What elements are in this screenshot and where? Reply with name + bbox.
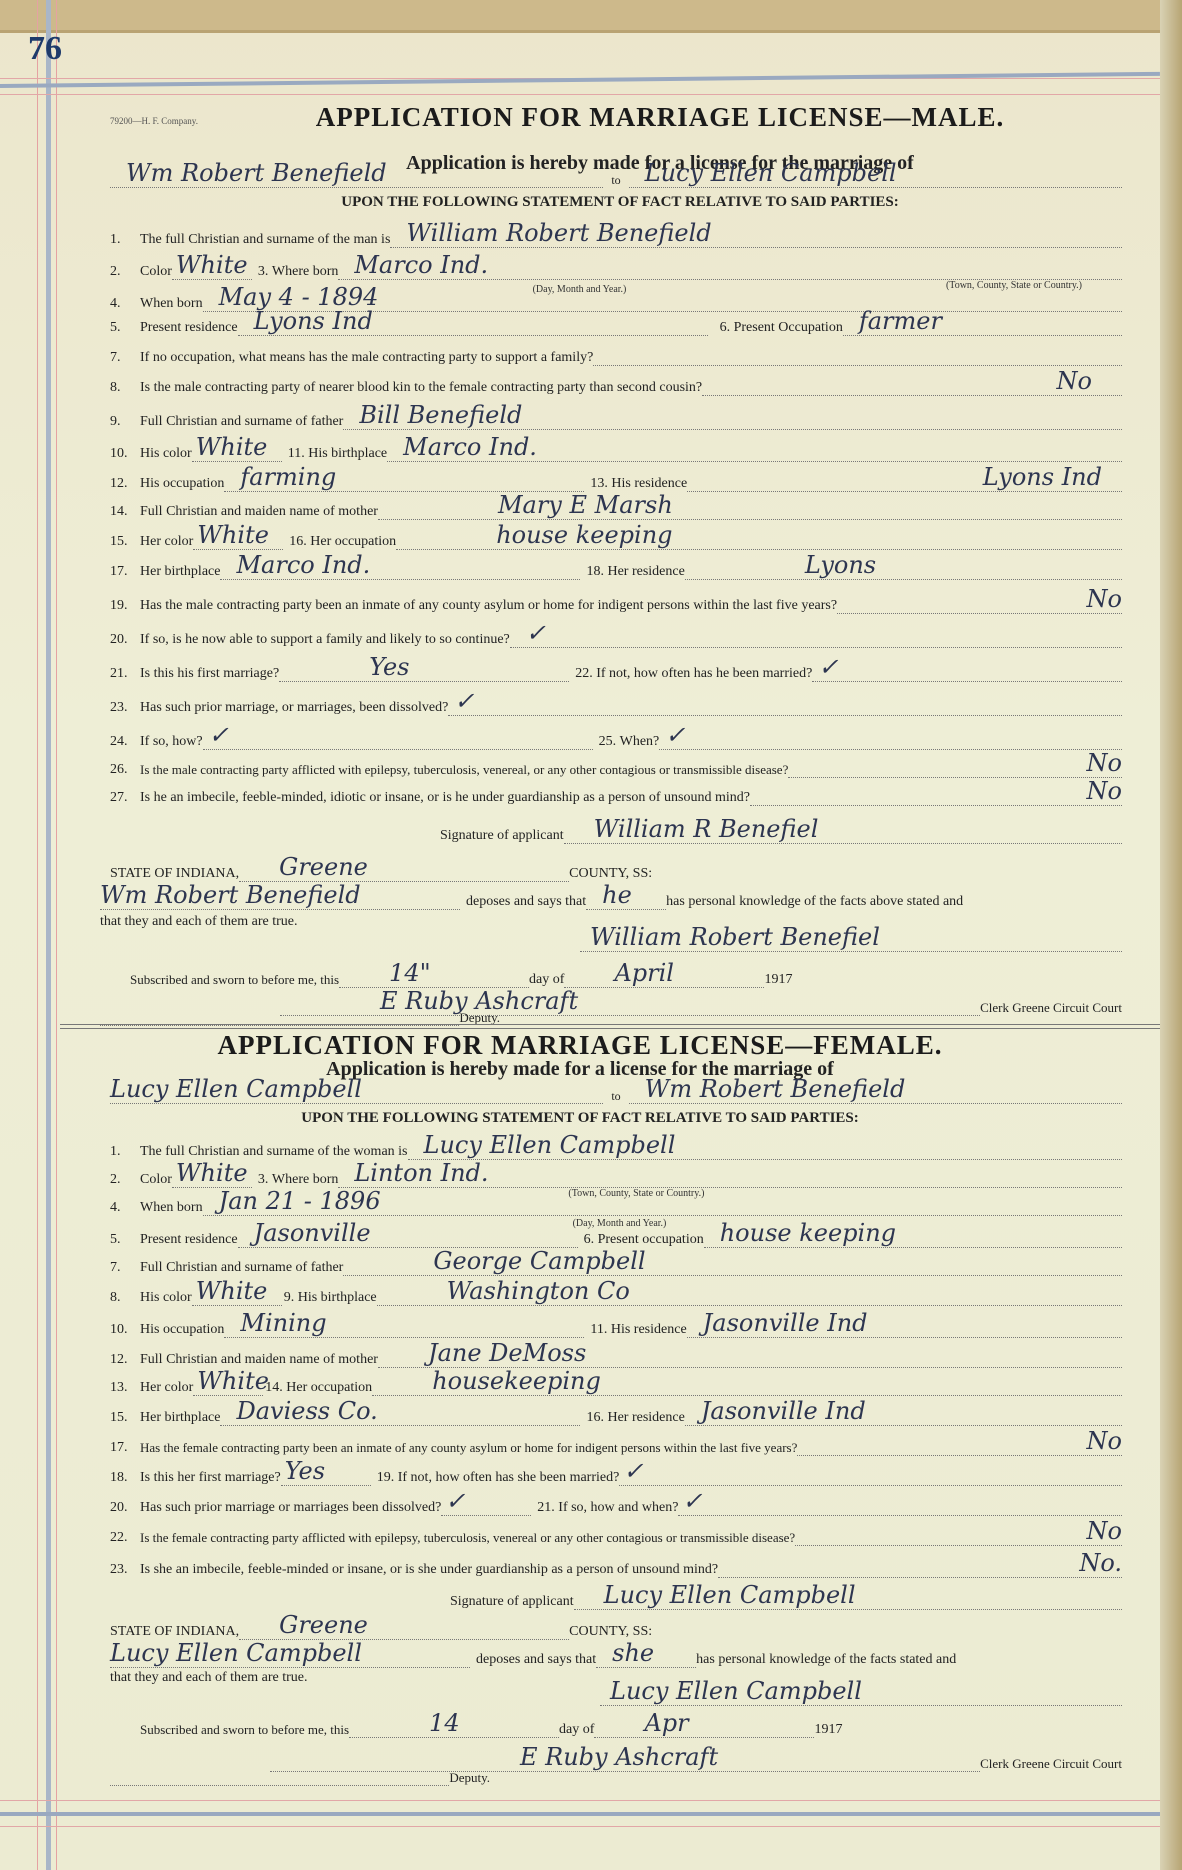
male-q5-q6: 5.Present residenceLyons Ind6. Present O… <box>110 310 1122 336</box>
margin-rule <box>37 0 38 1870</box>
male-q21-q22: 21.Is this his first marriage?Yes22. If … <box>110 656 1122 682</box>
female-oath-state: STATE OF INDIANA,GreeneCOUNTY, SS: <box>110 1614 1122 1640</box>
male-q19: 19.Has the male contracting party been a… <box>110 588 1122 614</box>
ruled-line <box>0 94 1160 95</box>
female-q20-q21: 20.Has such prior marriage or marriages … <box>110 1490 1122 1516</box>
female-q23: 23.Is she an imbecile, feeble-minded or … <box>110 1552 1122 1578</box>
male-deputy-line: Deputy. <box>100 1000 500 1026</box>
male-q14: 14.Full Christian and maiden name of mot… <box>110 494 1122 520</box>
male-q7: 7.If no occupation, what means has the m… <box>110 340 1122 366</box>
female-q13-q14: 13.Her colorWhite14. Her occupationhouse… <box>110 1370 1122 1396</box>
female-title: APPLICATION FOR MARRIAGE LICENSE—FEMALE. <box>0 1030 1160 1061</box>
male-q15-q16: 15.Her colorWhite16. Her occupationhouse… <box>110 524 1122 550</box>
ruled-line <box>0 72 1160 88</box>
margin-rule <box>46 0 51 1870</box>
female-party-b: Wm Robert Benefield <box>629 1085 1122 1104</box>
male-upon-statement: UPON THE FOLLOWING STATEMENT OF FACT REL… <box>40 194 1182 211</box>
female-q18-q19: 18.Is this her first marriage?Yes19. If … <box>110 1460 1122 1486</box>
female-q7: 7.Full Christian and surname of fatherGe… <box>110 1250 1122 1276</box>
female-q15-q16: 15.Her birthplaceDaviess Co.16. Her resi… <box>110 1400 1122 1426</box>
ruled-line <box>0 1800 1160 1801</box>
male-q23: 23.Has such prior marriage, or marriages… <box>110 690 1122 716</box>
male-q10-q11: 10.His colorWhite11. His birthplaceMarco… <box>110 436 1122 462</box>
male-q26: 26.Is the male contracting party afflict… <box>110 752 1122 778</box>
female-parties-line: Lucy Ellen Campbell to Wm Robert Benefie… <box>110 1076 1122 1104</box>
male-oath-signature: William Robert Benefiel <box>580 926 1122 952</box>
male-q17-q18: 17.Her birthplaceMarco Ind.18. Her resid… <box>110 554 1122 580</box>
ruled-line <box>0 1826 1160 1827</box>
female-upon-statement: UPON THE FOLLOWING STATEMENT OF FACT REL… <box>0 1110 1160 1127</box>
female-q10-q11: 10.His occupationMining11. His residence… <box>110 1312 1122 1338</box>
female-q17: 17.Has the female contracting party been… <box>110 1430 1122 1456</box>
male-q12-q13: 12.His occupationfarming13. His residenc… <box>110 466 1122 492</box>
section-divider <box>60 1024 1160 1029</box>
female-party-a: Lucy Ellen Campbell <box>110 1085 603 1104</box>
female-q2-q3: 2.ColorWhite3. Where bornLinton Ind.(Tow… <box>110 1162 1122 1188</box>
page-binding-edge <box>1160 0 1182 1870</box>
female-oath-signature: Lucy Ellen Campbell <box>600 1680 1122 1706</box>
male-signature-line: Signature of applicantWilliam R Benefiel <box>440 818 1122 844</box>
male-party-a: Wm Robert Benefield <box>110 169 603 188</box>
male-q9: 9.Full Christian and surname of fatherBi… <box>110 404 1122 430</box>
ruled-line <box>0 1812 1160 1816</box>
female-q12: 12.Full Christian and maiden name of mot… <box>110 1342 1122 1368</box>
female-q5-q6: 5.Present residenceJasonville6. Present … <box>110 1222 1122 1248</box>
male-q2-q3: 2.ColorWhite3. Where bornMarco Ind.(Town… <box>110 254 1122 280</box>
female-q1: 1.The full Christian and surname of the … <box>110 1134 1122 1160</box>
page-number: 76 <box>28 30 62 68</box>
female-signature-line: Signature of applicantLucy Ellen Campbel… <box>450 1584 1122 1610</box>
margin-rule <box>56 0 57 1870</box>
male-q1: 1.The full Christian and surname of the … <box>110 222 1122 248</box>
male-q24-q25: 24.If so, how?✓25. When?✓ <box>110 724 1122 750</box>
to-label: to <box>603 1089 628 1104</box>
male-sworn-line: Subscribed and sworn to before me, this1… <box>130 962 1122 988</box>
male-q20: 20.If so, is he now able to support a fa… <box>110 622 1122 648</box>
page-top-edge <box>0 0 1182 33</box>
to-label: to <box>603 173 628 188</box>
female-q22: 22.Is the female contracting party affli… <box>110 1520 1122 1546</box>
male-party-b: Lucy Ellen Campbell <box>629 169 1122 188</box>
male-title: APPLICATION FOR MARRIAGE LICENSE—MALE. <box>0 102 1182 133</box>
female-q4: 4.When bornJan 21 - 1896(Day, Month and … <box>110 1190 1122 1216</box>
female-deputy-line: Deputy. <box>110 1760 490 1786</box>
male-oath-state: STATE OF INDIANA,GreeneCOUNTY, SS: <box>110 856 1122 882</box>
male-parties-line: Wm Robert Benefield to Lucy Ellen Campbe… <box>110 160 1122 188</box>
female-q8-q9: 8.His colorWhite9. His birthplaceWashing… <box>110 1280 1122 1306</box>
male-q27: 27.Is he an imbecile, feeble-minded, idi… <box>110 780 1122 806</box>
ledger-page: 76 79200—H. F. Company. APPLICATION FOR … <box>0 0 1182 1870</box>
female-sworn-line: Subscribed and sworn to before me, this1… <box>140 1712 1122 1738</box>
male-q8: 8.Is the male contracting party of neare… <box>110 370 1122 396</box>
